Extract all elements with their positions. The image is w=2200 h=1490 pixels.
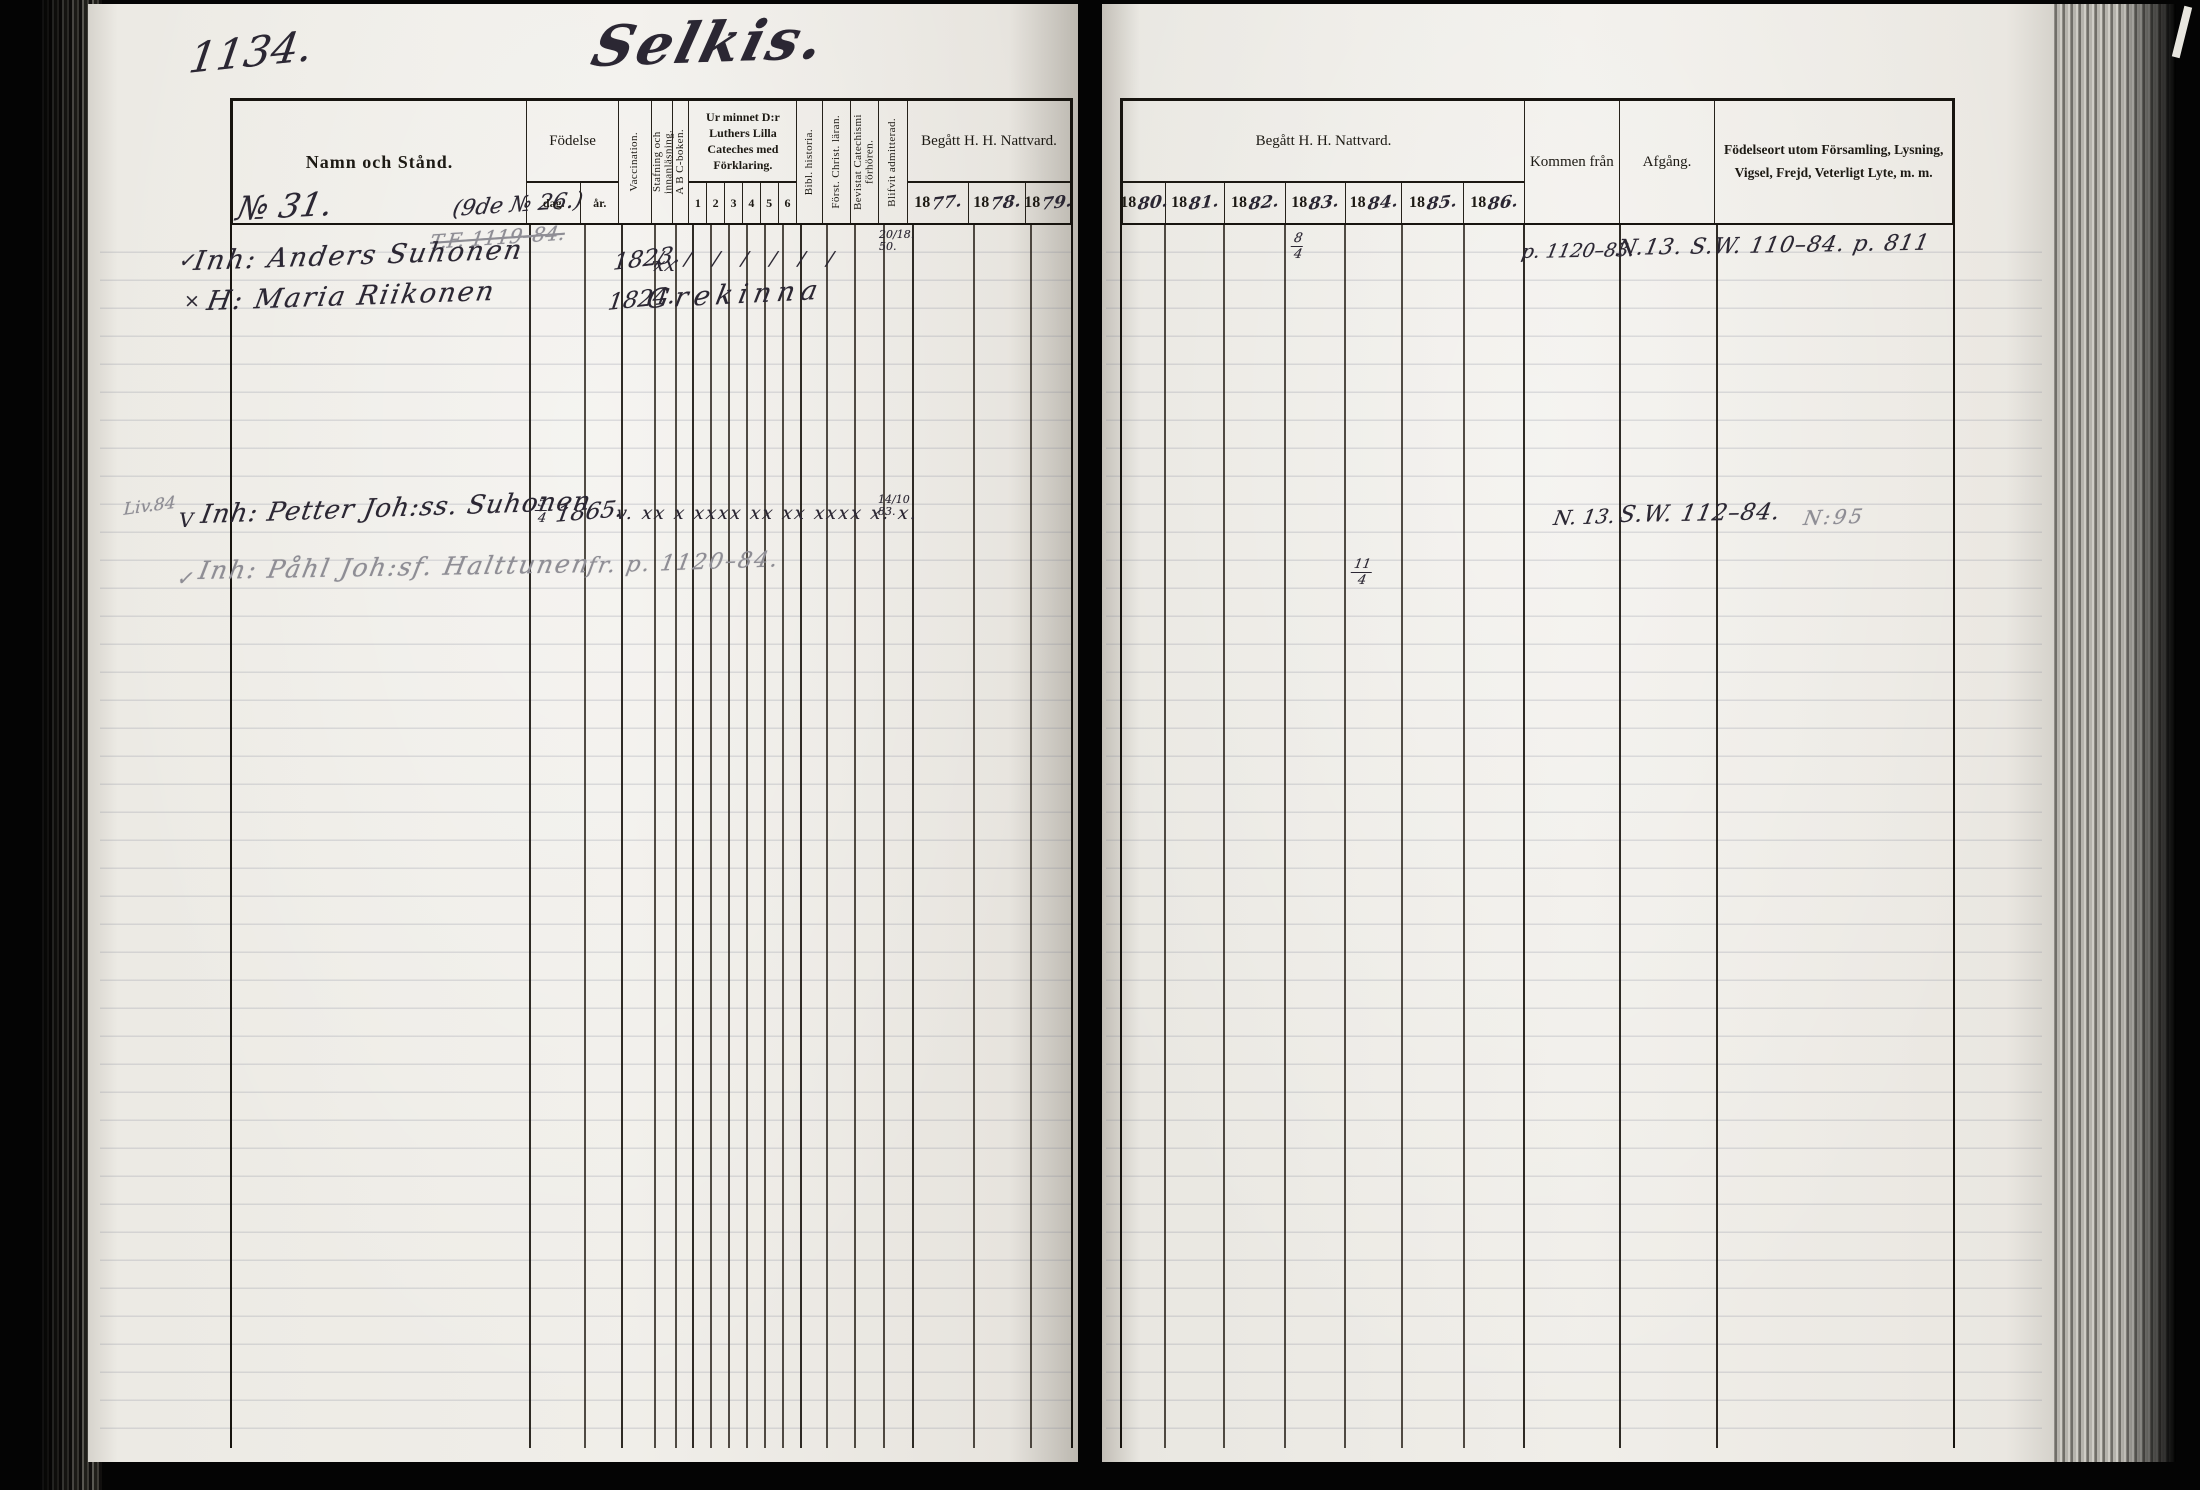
column-line xyxy=(1716,225,1718,1448)
came-from-label: Kommen från xyxy=(1530,154,1614,171)
row1-communion-1883-day: 8 xyxy=(1291,232,1306,247)
household-number: № 31. xyxy=(233,184,336,228)
column-line xyxy=(529,225,531,1448)
catechism-col-4: 4 xyxy=(743,183,761,223)
communion-left-years: 1877. 1878. 1879. xyxy=(908,181,1070,223)
vaccination-label: Vaccination. xyxy=(629,132,641,191)
row3-check-mark: V xyxy=(179,508,193,532)
year-1881: 1881. xyxy=(1166,183,1225,223)
row1-reading-marks: / / / / / / / xyxy=(655,248,843,270)
attended-exams-label: Bevistat Catechismi förhören. xyxy=(853,101,876,223)
year-1884-printed: 18 xyxy=(1350,194,1366,212)
column-admitted: Blifvit admitterad. xyxy=(879,101,908,223)
column-line xyxy=(654,225,656,1448)
column-line xyxy=(692,225,694,1448)
right-table-body-grid xyxy=(1120,225,1955,1448)
right-table-header: Begått H. H. Nattvard. 1880. 1881. 1882.… xyxy=(1120,98,1955,225)
row3-departure: S.W. 112–84. xyxy=(1617,499,1783,528)
column-abc-book: A B C-boken. xyxy=(673,101,690,223)
row4-communion-1884-date: 11 4 xyxy=(1352,558,1373,587)
catechism-subheader: 1 2 3 4 5 6 xyxy=(689,181,796,223)
column-line xyxy=(883,225,885,1448)
year-1883-written: 83. xyxy=(1308,191,1340,214)
column-line xyxy=(746,225,748,1448)
year-1877-printed: 18 xyxy=(914,194,930,212)
abc-book-label: A B C-boken. xyxy=(675,129,687,195)
row3-came-from: N. 13. xyxy=(1552,504,1617,530)
christian-doctrine-label: Först. Christ. läran. xyxy=(831,115,843,209)
birth-subheader: dag. år. xyxy=(527,181,618,223)
row4-communion-1884-day: 11 xyxy=(1351,558,1374,573)
catechism-col-5: 5 xyxy=(761,183,779,223)
column-line xyxy=(584,225,586,1448)
year-1885-printed: 18 xyxy=(1409,194,1425,212)
year-1878-printed: 18 xyxy=(973,194,989,212)
year-1882-written: 82. xyxy=(1248,191,1280,214)
column-line xyxy=(782,225,784,1448)
row2-check-mark: × xyxy=(184,290,200,312)
column-line xyxy=(826,225,828,1448)
column-line xyxy=(854,225,856,1448)
row1-communion-1883-month: 4 xyxy=(1293,247,1304,261)
year-1879: 1879. xyxy=(1026,183,1070,223)
row3-birth-day-den: 4 xyxy=(537,511,548,525)
year-1881-written: 81. xyxy=(1188,191,1220,214)
column-vaccination: Vaccination. xyxy=(619,101,652,223)
year-1884: 1884. xyxy=(1346,183,1403,223)
year-1880-printed: 18 xyxy=(1120,194,1136,212)
column-line xyxy=(1619,225,1621,1448)
year-1882: 1882. xyxy=(1225,183,1286,223)
book-scan: 1134. Selkis. Namn och Stånd. № 31. (9de… xyxy=(0,0,2200,1490)
year-1886-written: 86. xyxy=(1487,191,1519,214)
column-birthplace-notes: Födelseort utom Församling, Lysning, Vig… xyxy=(1715,101,1952,223)
column-came-from: Kommen från xyxy=(1525,101,1620,223)
column-line xyxy=(1030,225,1032,1448)
column-line xyxy=(1463,225,1465,1448)
year-1881-printed: 18 xyxy=(1171,194,1187,212)
left-table-body-grid xyxy=(230,225,1073,1448)
column-attended-exams: Bevistat Catechismi förhören. xyxy=(851,101,880,223)
row4-communion-1884-month: 4 xyxy=(1357,573,1368,587)
birthplace-notes-label: Födelseort utom Församling, Lysning, Vig… xyxy=(1715,139,1952,185)
catechism-col-3: 3 xyxy=(725,183,743,223)
name-status-label: Namn och Stånd. xyxy=(306,152,454,173)
column-line xyxy=(710,225,712,1448)
birth-year-label: år. xyxy=(581,183,618,223)
catechism-col-6: 6 xyxy=(779,183,797,223)
column-line xyxy=(621,225,623,1448)
column-line xyxy=(728,225,730,1448)
column-communion-left: Begått H. H. Nattvard. 1877. 1878. 1879. xyxy=(908,101,1070,223)
year-1877: 1877. xyxy=(908,183,969,223)
column-line xyxy=(764,225,766,1448)
year-1883: 1883. xyxy=(1286,183,1346,223)
year-1878: 1878. xyxy=(969,183,1026,223)
column-christian-doctrine: Först. Christ. läran. xyxy=(823,101,851,223)
column-line xyxy=(1401,225,1403,1448)
row3-catechism-marks: v. xx x xxxx xx xx xxxx x. x. xyxy=(615,503,919,524)
column-communion-right: Begått H. H. Nattvard. 1880. 1881. 1882.… xyxy=(1123,101,1525,223)
parish-title: Selkis. xyxy=(585,6,833,80)
year-1886: 1886. xyxy=(1464,183,1524,223)
row1-communion-1883-date: 8 4 xyxy=(1292,232,1304,261)
communion-right-label: Begått H. H. Nattvard. xyxy=(1123,101,1524,181)
column-line xyxy=(1523,225,1525,1448)
catechism-col-2: 2 xyxy=(707,183,725,223)
spelling-reading-label: Stafning och innanläsning. xyxy=(652,101,675,223)
communion-left-label: Begått H. H. Nattvard. xyxy=(908,101,1070,181)
column-line xyxy=(1223,225,1225,1448)
column-line xyxy=(973,225,975,1448)
year-1884-written: 84. xyxy=(1366,191,1398,214)
row3-admitted-year: 83. xyxy=(878,506,910,518)
column-line xyxy=(1164,225,1166,1448)
column-departure: Afgång. xyxy=(1620,101,1716,223)
column-bible-history: Bibl. historia. xyxy=(797,101,823,223)
catechism-label: Ur minnet D:r Luthers Lilla Cateches med… xyxy=(689,101,796,181)
fore-edge-page-stack xyxy=(2052,4,2176,1462)
year-1886-printed: 18 xyxy=(1470,194,1486,212)
admitted-label: Blifvit admitterad. xyxy=(887,118,899,207)
year-1878-written: 78. xyxy=(990,191,1022,214)
year-1885: 1885. xyxy=(1402,183,1464,223)
year-1879-written: 79. xyxy=(1041,191,1073,214)
column-line xyxy=(1284,225,1286,1448)
departure-label: Afgång. xyxy=(1643,154,1692,171)
year-1879-printed: 18 xyxy=(1024,194,1040,212)
left-table-header: Namn och Stånd. № 31. (9de № 26.) Födels… xyxy=(230,98,1073,225)
birth-day-label: dag. xyxy=(527,183,581,223)
row1-admitted-note: 20/18. 50. xyxy=(879,229,914,253)
column-name-status: Namn och Stånd. № 31. (9de № 26.) xyxy=(233,101,527,223)
catechism-col-1: 1 xyxy=(689,183,707,223)
column-line xyxy=(675,225,677,1448)
row3-birth-day-num: 5 xyxy=(535,496,550,511)
birth-label: Födelse xyxy=(527,101,618,181)
row4-check-mark: ✓ xyxy=(176,566,193,590)
row1-admitted-year: 50. xyxy=(879,241,914,253)
row3-note-pencil: N:95 xyxy=(1802,504,1868,530)
year-1883-printed: 18 xyxy=(1291,194,1307,212)
column-line xyxy=(912,225,914,1448)
communion-right-years: 1880. 1881. 1882. 1883. 1884. 1885. xyxy=(1123,181,1524,223)
year-1885-written: 85. xyxy=(1426,191,1458,214)
row3-birth-day: 5 4 xyxy=(536,496,548,525)
year-1880: 1880. xyxy=(1123,183,1166,223)
year-1882-printed: 18 xyxy=(1231,194,1247,212)
year-1877-written: 77. xyxy=(931,191,963,214)
column-line xyxy=(1344,225,1346,1448)
row3-admitted-note: 14/10 83. xyxy=(878,494,910,518)
year-1880-written: 80. xyxy=(1137,191,1169,214)
column-spelling-reading: Stafning och innanläsning. xyxy=(652,101,673,223)
bible-history-label: Bibl. historia. xyxy=(804,129,816,195)
column-line xyxy=(800,225,802,1448)
column-catechism: Ur minnet D:r Luthers Lilla Cateches med… xyxy=(689,101,797,223)
column-birth: Födelse dag. år. xyxy=(527,101,619,223)
